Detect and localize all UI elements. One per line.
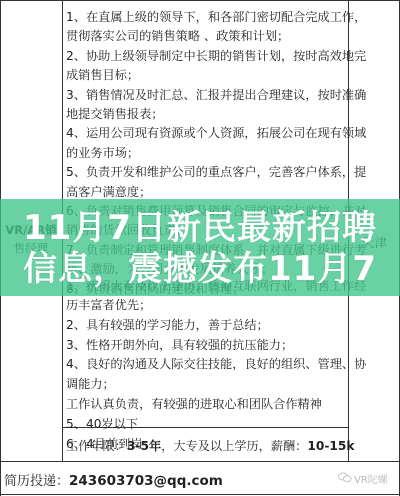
table-row-top-line xyxy=(0,0,400,1)
description-line: 3、销售情况及时汇总、汇报并提出合理建议，按时准确 xyxy=(66,86,346,105)
watermark-text: VR陀螺 xyxy=(354,471,388,486)
watermark: VR陀螺 xyxy=(338,471,388,486)
contact-label: 简历投递： xyxy=(4,474,69,489)
description-line: 4、运用公司现有资源或个人资源，拓展公司在现有领域 xyxy=(66,124,346,143)
years-label: 工作年限： xyxy=(66,439,127,453)
requirement-line: 历丰富者优先； xyxy=(66,296,346,316)
description-line: 成销售目标； xyxy=(66,66,346,85)
description-line: 1、在直属上级的领导下，和各部门密切配合完成工作， xyxy=(66,8,346,27)
description-line: 5、负责开发和维护公司的重点客户，完善客户体系，提 xyxy=(66,163,346,182)
requirement-line: 工作认真负责，有较强的进取心和团队合作精神 xyxy=(66,395,346,415)
education-text: ，大专及以上学历，薪酬： xyxy=(161,439,307,453)
requirement-line: 4、良好的沟通及人际交往技能，良好的组织、管理、协 xyxy=(66,355,346,375)
table-row-contact-line xyxy=(0,461,400,462)
requirement-line: 5、40岁以下 xyxy=(66,415,346,435)
contact-row: 简历投递：243603703@qq.com xyxy=(4,470,223,489)
contact-email[interactable]: 243603703@qq.com xyxy=(69,473,223,489)
description-line: 的业务市场； xyxy=(66,144,346,163)
requirement-line: 3、性格开朗外向，具有较强的抗压能力； xyxy=(66,336,346,356)
table-bottom-line xyxy=(0,494,400,495)
wechat-icon xyxy=(338,472,352,486)
description-line: 贯彻落实公司的销售策略 、政策和计划； xyxy=(66,27,346,46)
description-line: 地提交销售报表； xyxy=(66,105,346,124)
job-requirements: 历丰富者优先； 2、具有较强的学习能力，善于总结； 3、性格开朗外向，具有较强的… xyxy=(66,296,346,454)
headline-line2: 信息，震撼发布11月7 xyxy=(0,249,400,290)
headline-title: 11月7日新民最新招聘 信息，震撼发布11月7 xyxy=(0,208,400,290)
years-value: 3-5年 xyxy=(127,439,161,453)
requirement-line: 2、具有较强的学习能力，善于总结； xyxy=(66,316,346,336)
headline-line1: 11月7日新民最新招聘 xyxy=(0,208,400,249)
job-summary: 工作年限：3-5年，大专及以上学历，薪酬：10-15k xyxy=(66,437,355,454)
description-line: 2、协助上级领导制定中长期的销售计划，按时高效地完 xyxy=(66,47,346,66)
job-posting-sheet: 1、在直属上级的领导下，和各部门密切配合完成工作， 贯彻落实公司的销售策略 、政… xyxy=(0,0,400,496)
salary-value: 10-15k xyxy=(307,439,354,453)
requirement-line: 调能力； xyxy=(66,375,346,395)
